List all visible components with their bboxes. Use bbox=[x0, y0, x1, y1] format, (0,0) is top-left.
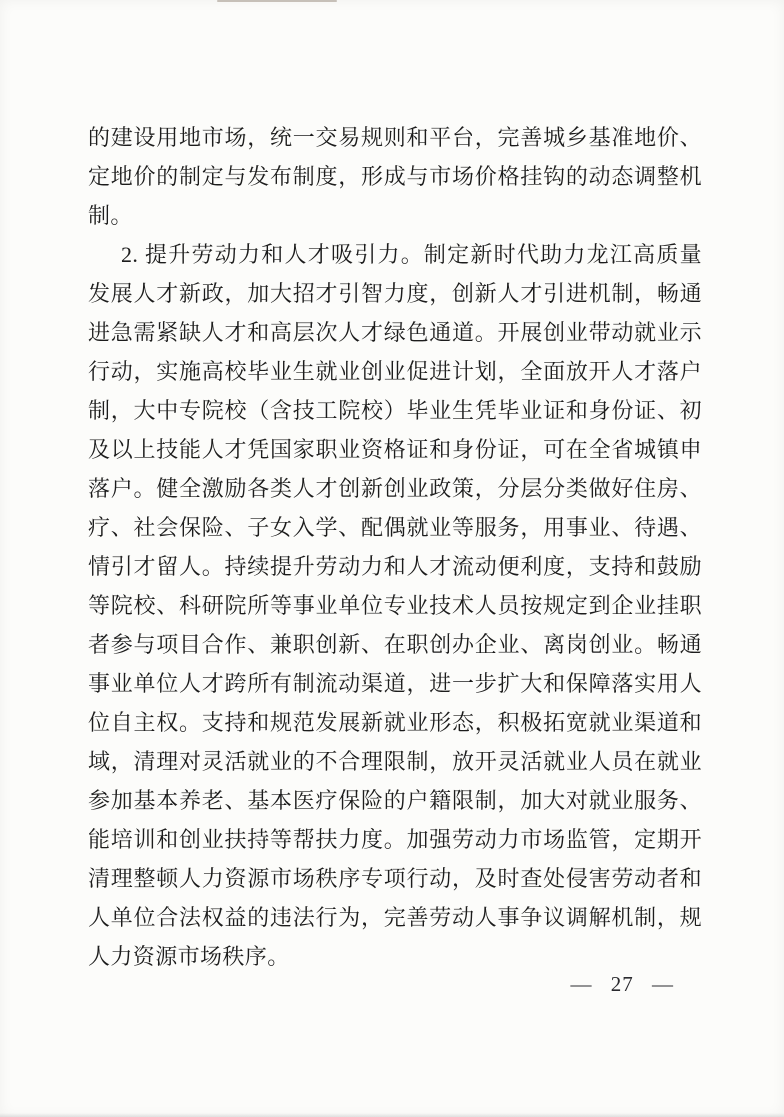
text-line: 域，清理对灵活就业的不合理限制，放开灵活就业人员在就业地 bbox=[88, 742, 702, 781]
text-line: 2. 提升劳动力和人才吸引力。制定新时代助力龙江高质量 bbox=[88, 235, 702, 274]
scan-artifact-top-edge bbox=[217, 0, 337, 2]
text-line: 等院校、科研院所等事业单位专业技术人员按规定到企业挂职或 bbox=[88, 586, 702, 625]
text-line: 清理整顿人力资源市场秩序专项行动，及时查处侵害劳动者和用 bbox=[88, 859, 702, 898]
page-number: — 27 — bbox=[571, 972, 675, 997]
text-line: 情引才留人。持续提升劳动力和人才流动便利度，支持和鼓励高 bbox=[88, 547, 702, 586]
text-line: 的建设用地市场，统一交易规则和平台，完善城乡基准地价、标 bbox=[88, 118, 702, 157]
text-line: 进急需紧缺人才和高层次人才绿色通道。开展创业带动就业示范 bbox=[88, 313, 702, 352]
text-line: 位自主权。支持和规范发展新就业形态，积极拓宽就业渠道和领 bbox=[88, 703, 702, 742]
text-line: 疗、社会保险、子女入学、配偶就业等服务，用事业、待遇、感 bbox=[88, 508, 702, 547]
text-line: 能培训和创业扶持等帮扶力度。加强劳动力市场监管，定期开展 bbox=[88, 820, 702, 859]
text-line: 事业单位人才跨所有制流动渠道，进一步扩大和保障落实用人单 bbox=[88, 664, 702, 703]
text-line: 发展人才新政，加大招才引智力度，创新人才引进机制，畅通引 bbox=[88, 274, 702, 313]
text-line: 定地价的制定与发布制度，形成与市场价格挂钩的动态调整机 bbox=[88, 157, 702, 196]
text-line: 制。 bbox=[88, 196, 702, 235]
text-line: 人单位合法权益的违法行为，完善劳动人事争议调解机制，规范 bbox=[88, 898, 702, 937]
text-line: 者参与项目合作、兼职创新、在职创办企业、离岗创业。畅通企 bbox=[88, 625, 702, 664]
text-line: 制，大中专院校（含技工院校）毕业生凭毕业证和身份证、初级 bbox=[88, 391, 702, 430]
text-line: 行动，实施高校毕业生就业创业促进计划，全面放开人才落户限 bbox=[88, 352, 702, 391]
scan-artifact-bottom-edge bbox=[0, 1113, 784, 1117]
text-line: 落户。健全激励各类人才创新创业政策，分层分类做好住房、医 bbox=[88, 469, 702, 508]
text-line: 及以上技能人才凭国家职业资格证和身份证，可在全省城镇申请 bbox=[88, 430, 702, 469]
document-page: 的建设用地市场，统一交易规则和平台，完善城乡基准地价、标 定地价的制定与发布制度… bbox=[0, 0, 784, 1117]
text-line: 人力资源市场秩序。 bbox=[88, 937, 702, 976]
body-text-block: 的建设用地市场，统一交易规则和平台，完善城乡基准地价、标 定地价的制定与发布制度… bbox=[88, 118, 702, 976]
text-line: 参加基本养老、基本医疗保险的户籍限制，加大对就业服务、技 bbox=[88, 781, 702, 820]
